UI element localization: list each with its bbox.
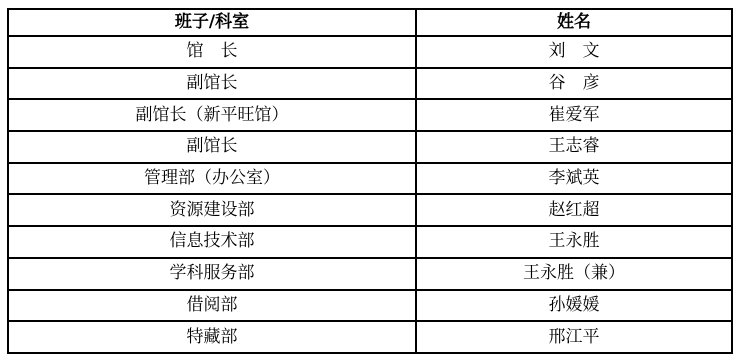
table-row: 管理部（办公室） 李斌英 [8,163,732,195]
dept-cell: 管理部（办公室） [8,163,416,195]
name-cell: 李斌英 [416,163,732,195]
name-cell: 刘 文 [416,36,732,68]
document-page: 班子/科室 姓名 馆 长 刘 文 副馆长 谷 彦 副馆长（新平旺馆） 崔爱军 副… [0,0,737,361]
staff-table: 班子/科室 姓名 馆 长 刘 文 副馆长 谷 彦 副馆长（新平旺馆） 崔爱军 副… [7,8,733,354]
table-header-row: 班子/科室 姓名 [8,9,732,36]
table-row: 借阅部 孙媛媛 [8,290,732,322]
dept-cell: 副馆长 [8,131,416,163]
dept-cell: 借阅部 [8,290,416,322]
name-cell: 谷 彦 [416,68,732,100]
column-header-dept: 班子/科室 [8,9,416,36]
table-row: 馆 长 刘 文 [8,36,732,68]
table-row: 特藏部 邢江平 [8,321,732,353]
dept-cell: 副馆长 [8,68,416,100]
name-cell: 崔爱军 [416,99,732,131]
table-row: 副馆长 王志睿 [8,131,732,163]
name-cell: 王永胜 [416,226,732,258]
table-row: 信息技术部 王永胜 [8,226,732,258]
table-row: 学科服务部 王永胜（兼） [8,258,732,290]
name-cell: 邢江平 [416,321,732,353]
name-cell: 孙媛媛 [416,290,732,322]
name-cell: 王志睿 [416,131,732,163]
name-cell: 赵红超 [416,194,732,226]
column-header-name: 姓名 [416,9,732,36]
dept-cell: 资源建设部 [8,194,416,226]
dept-cell: 副馆长（新平旺馆） [8,99,416,131]
dept-cell: 馆 长 [8,36,416,68]
table-row: 副馆长（新平旺馆） 崔爱军 [8,99,732,131]
name-cell: 王永胜（兼） [416,258,732,290]
dept-cell: 信息技术部 [8,226,416,258]
dept-cell: 学科服务部 [8,258,416,290]
table-row: 资源建设部 赵红超 [8,194,732,226]
dept-cell: 特藏部 [8,321,416,353]
table-row: 副馆长 谷 彦 [8,68,732,100]
